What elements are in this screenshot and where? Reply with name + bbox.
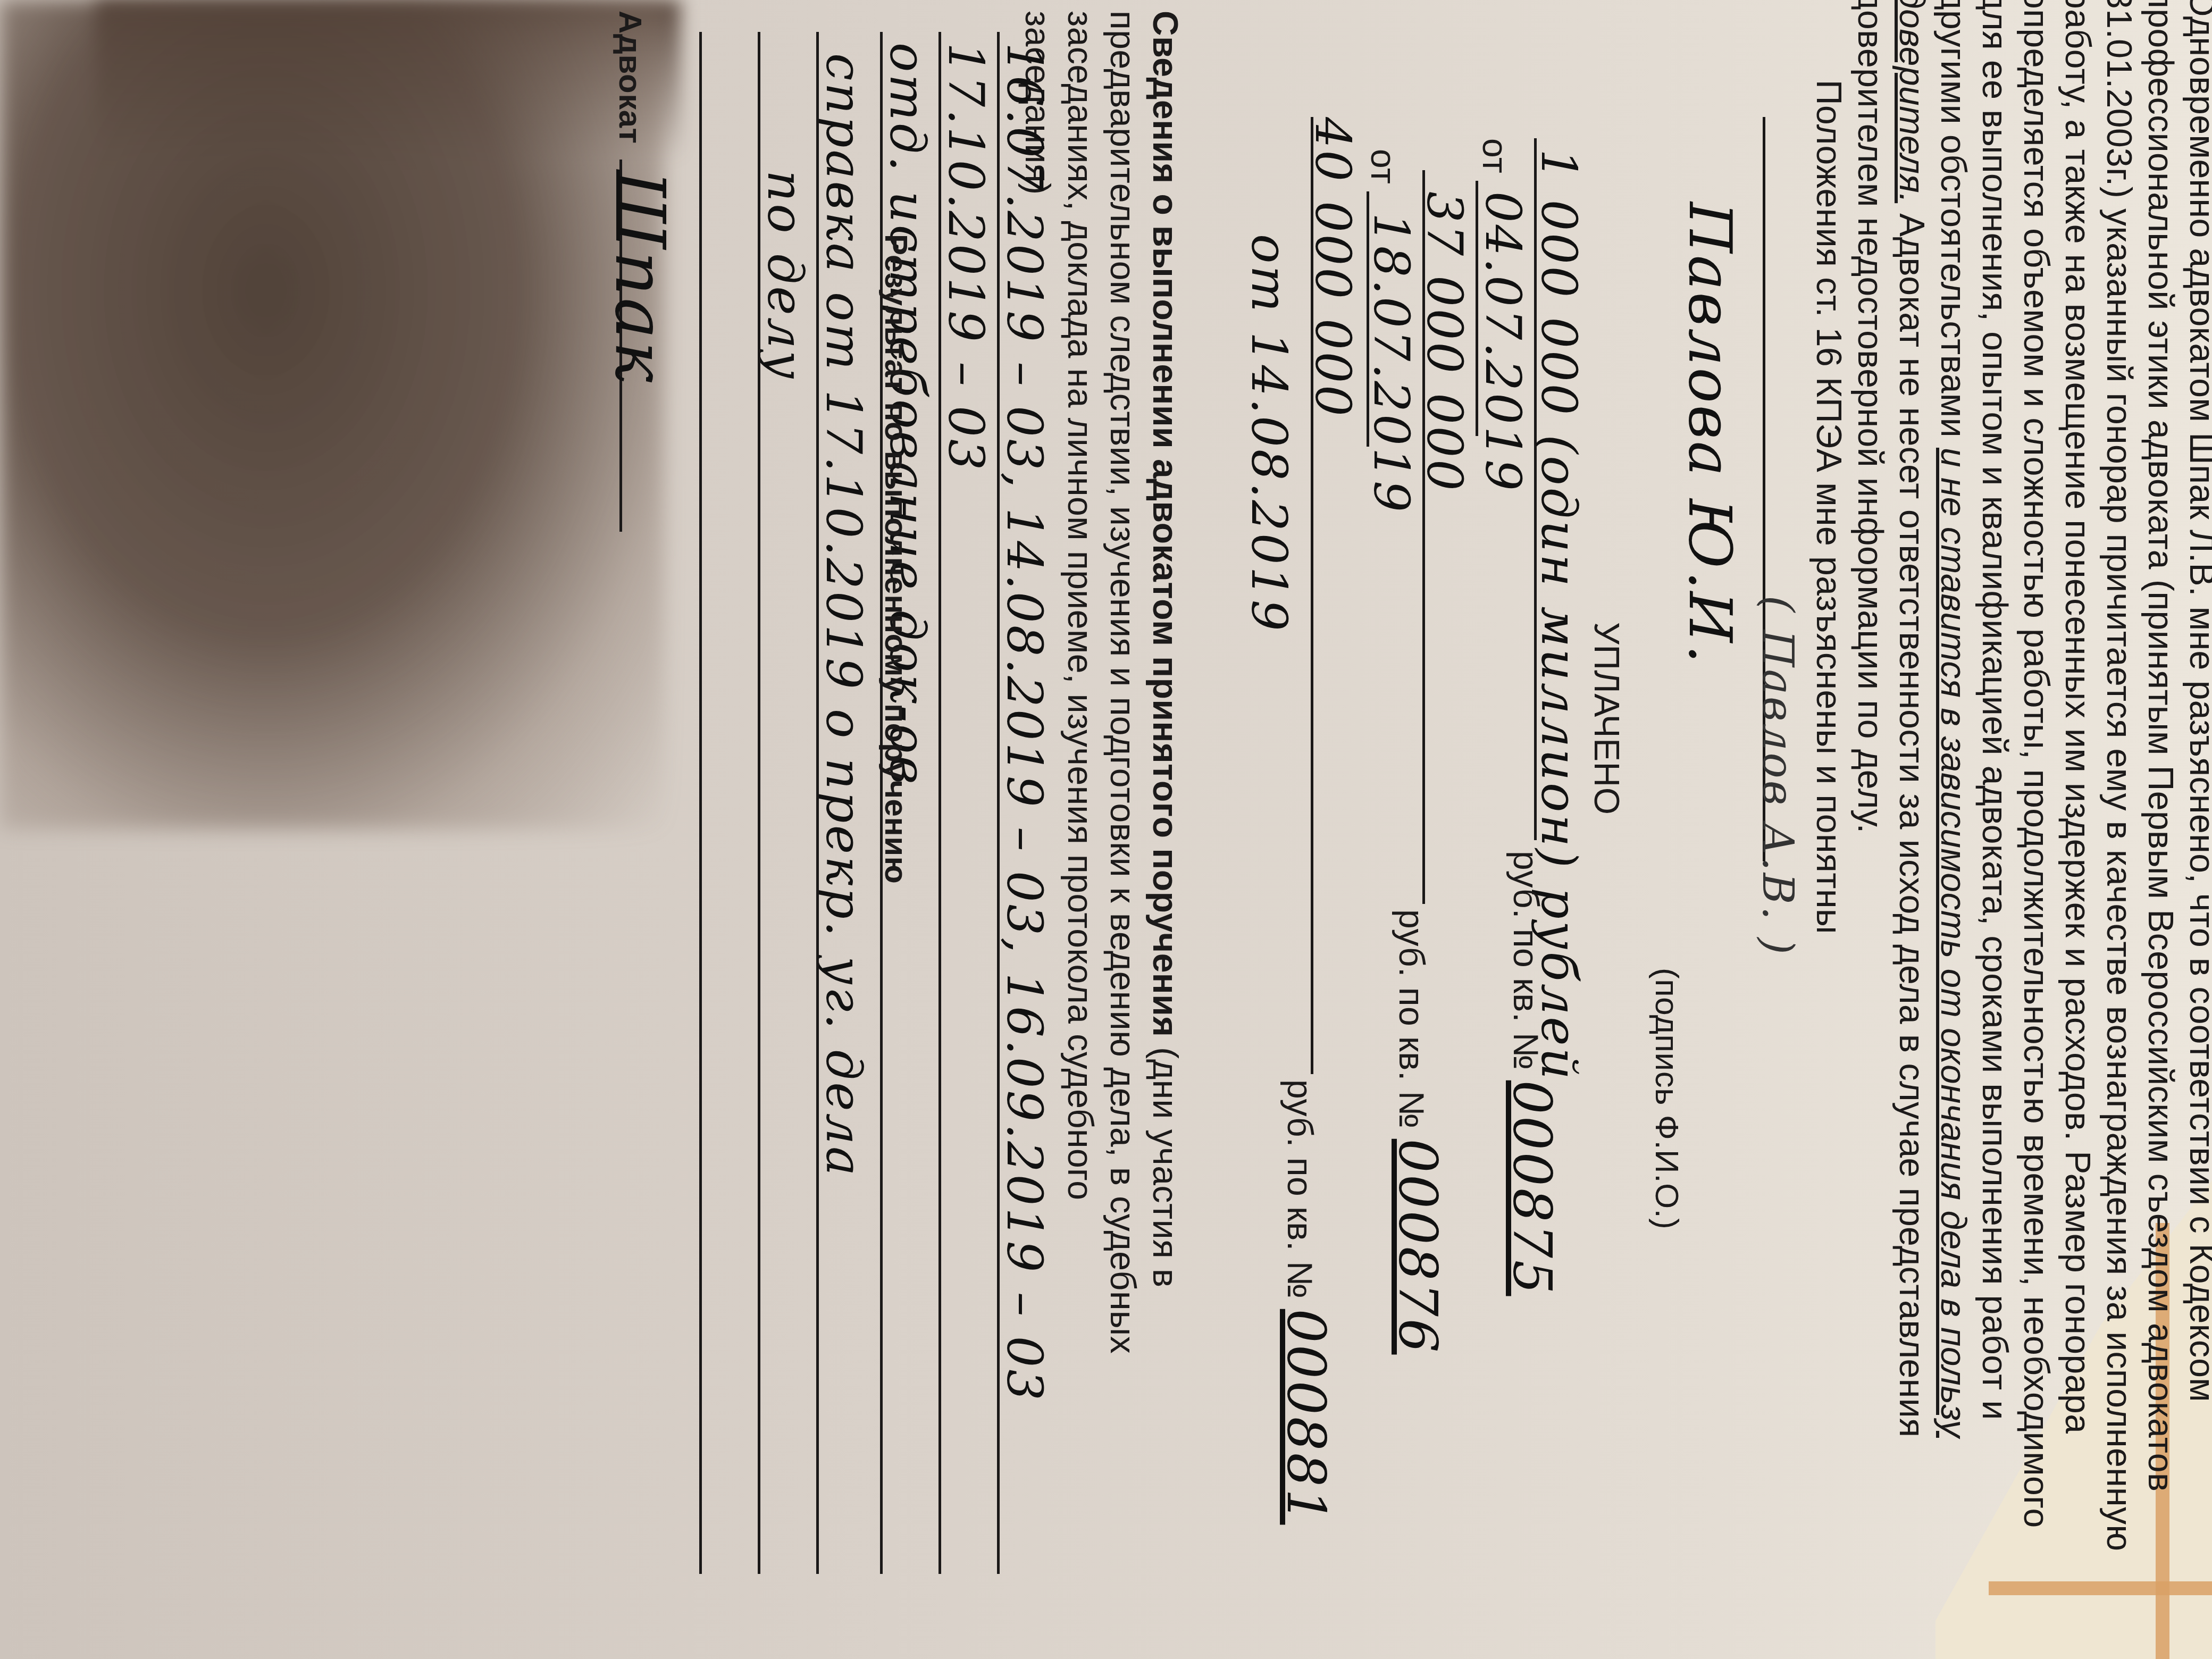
payment-3-line [1311, 117, 1313, 1074]
payment-1-suffix: руб. по кв. № 000875 [1501, 851, 1563, 1296]
payment-2-date-line [1367, 191, 1369, 447]
payment-1-date-line [1476, 181, 1478, 436]
lawyer-label: Адвокат [612, 11, 649, 144]
intro-line-8-rest: Адвокат не несет ответственности за исхо… [1892, 203, 1932, 1437]
signature-caption: (подпись Ф.И.О.) [1648, 968, 1686, 1230]
payment-1-date: 04.07.2019 [1474, 191, 1531, 493]
execution-dates-1: 16.07.2019 – 03, 14.08.2019 – 03, 16.09.… [996, 43, 1053, 1403]
result-line-b [758, 32, 760, 1574]
execution-heading-bold: Сведения о выполнении адвокатом принятог… [1146, 11, 1185, 1037]
paid-heading: УПЛАЧЕНО [1587, 622, 1627, 815]
intro-line-1: Одновременно адвокатом Шпак Л.В. мне раз… [2182, 0, 2212, 1402]
lawyer-signature-handwritten: Шпак [600, 170, 681, 384]
payment-2-line [1422, 170, 1425, 904]
result-heading: Результат по выполненному поручению [878, 234, 915, 884]
intro-line-2: профессиональной этики адвоката (приняты… [2141, 0, 2181, 1492]
execution-heading-rest: (дни участия в [1146, 1037, 1185, 1287]
payment-1-label: руб. по кв. № [1506, 851, 1546, 1070]
payment-3-date: от 14.08.2019 [1241, 234, 1297, 633]
intro-line-3: 31.01.2003г.) указанный гонорар причитае… [2099, 0, 2140, 1552]
execution-line-a [997, 32, 1000, 1574]
client-signature-handwritten: Павлова Ю.И. [1676, 202, 1744, 666]
result-line-c [699, 32, 702, 1574]
execution-line-b [939, 32, 941, 1574]
payment-3-suffix: руб. по кв. № 000881 [1275, 1079, 1337, 1524]
intro-line-4: работу, а также на возмещение понесенных… [2058, 0, 2098, 1434]
intro-line-6: для ее выполнения, опытом и квалификацие… [1975, 0, 2015, 1420]
intro-line-9: доверителем недостоверной информации по … [1850, 0, 1891, 834]
intro-line-8: доверителя. Адвокат не несет ответственн… [1892, 0, 1932, 1437]
result-text-1: справка от 17.10.2019 о прекр. уг. дела [815, 53, 872, 1178]
payment-1-from: от [1475, 138, 1515, 173]
payment-2-date: 18.07.2019 [1363, 213, 1420, 514]
payment-1-receipt: 000875 [1501, 1080, 1563, 1296]
intro-line-7-start: другими обстоятельствами [1934, 0, 1973, 438]
execution-dates-2: 17.10.2019 – 03 [937, 43, 994, 472]
execution-line-1: предварительном следствии, изучения и по… [1103, 11, 1143, 1354]
payment-2-from: от [1363, 149, 1404, 184]
result-text-2: по делу [757, 170, 814, 381]
payment-2-suffix: руб. по кв. № 000876 [1387, 909, 1449, 1354]
payment-2-label: руб. по кв. № [1392, 909, 1431, 1129]
kpea-statement: Положения ст. 16 КПЭА мне разъяснены и п… [1809, 80, 1849, 934]
execution-heading: Сведения о выполнении адвокатом принятог… [1145, 11, 1186, 1288]
client-name-handwritten: ( Павлов А.В. ) [1753, 596, 1803, 957]
payment-2-receipt: 000876 [1387, 1139, 1449, 1355]
intro-underlined-doveritel: доверителя. [1892, 0, 1932, 203]
intro-line-5: определяется объемом и сложностью работы… [2016, 0, 2057, 1528]
intro-underlined-phrase: и не ставится в зависимость от окончания… [1934, 448, 1973, 1438]
document-page: Одновременно адвокатом Шпак Л.В. мне раз… [43, 11, 2212, 1648]
execution-line-2: заседаниях, доклада на личном приеме, из… [1060, 11, 1101, 1200]
payment-3-receipt: 000881 [1275, 1309, 1337, 1525]
result-line-a [816, 32, 819, 1574]
payment-3-label: руб. по кв. № [1280, 1079, 1320, 1299]
payment-1-line [1534, 138, 1537, 840]
intro-line-7: другими обстоятельствами и не ставится в… [1933, 0, 1974, 1438]
